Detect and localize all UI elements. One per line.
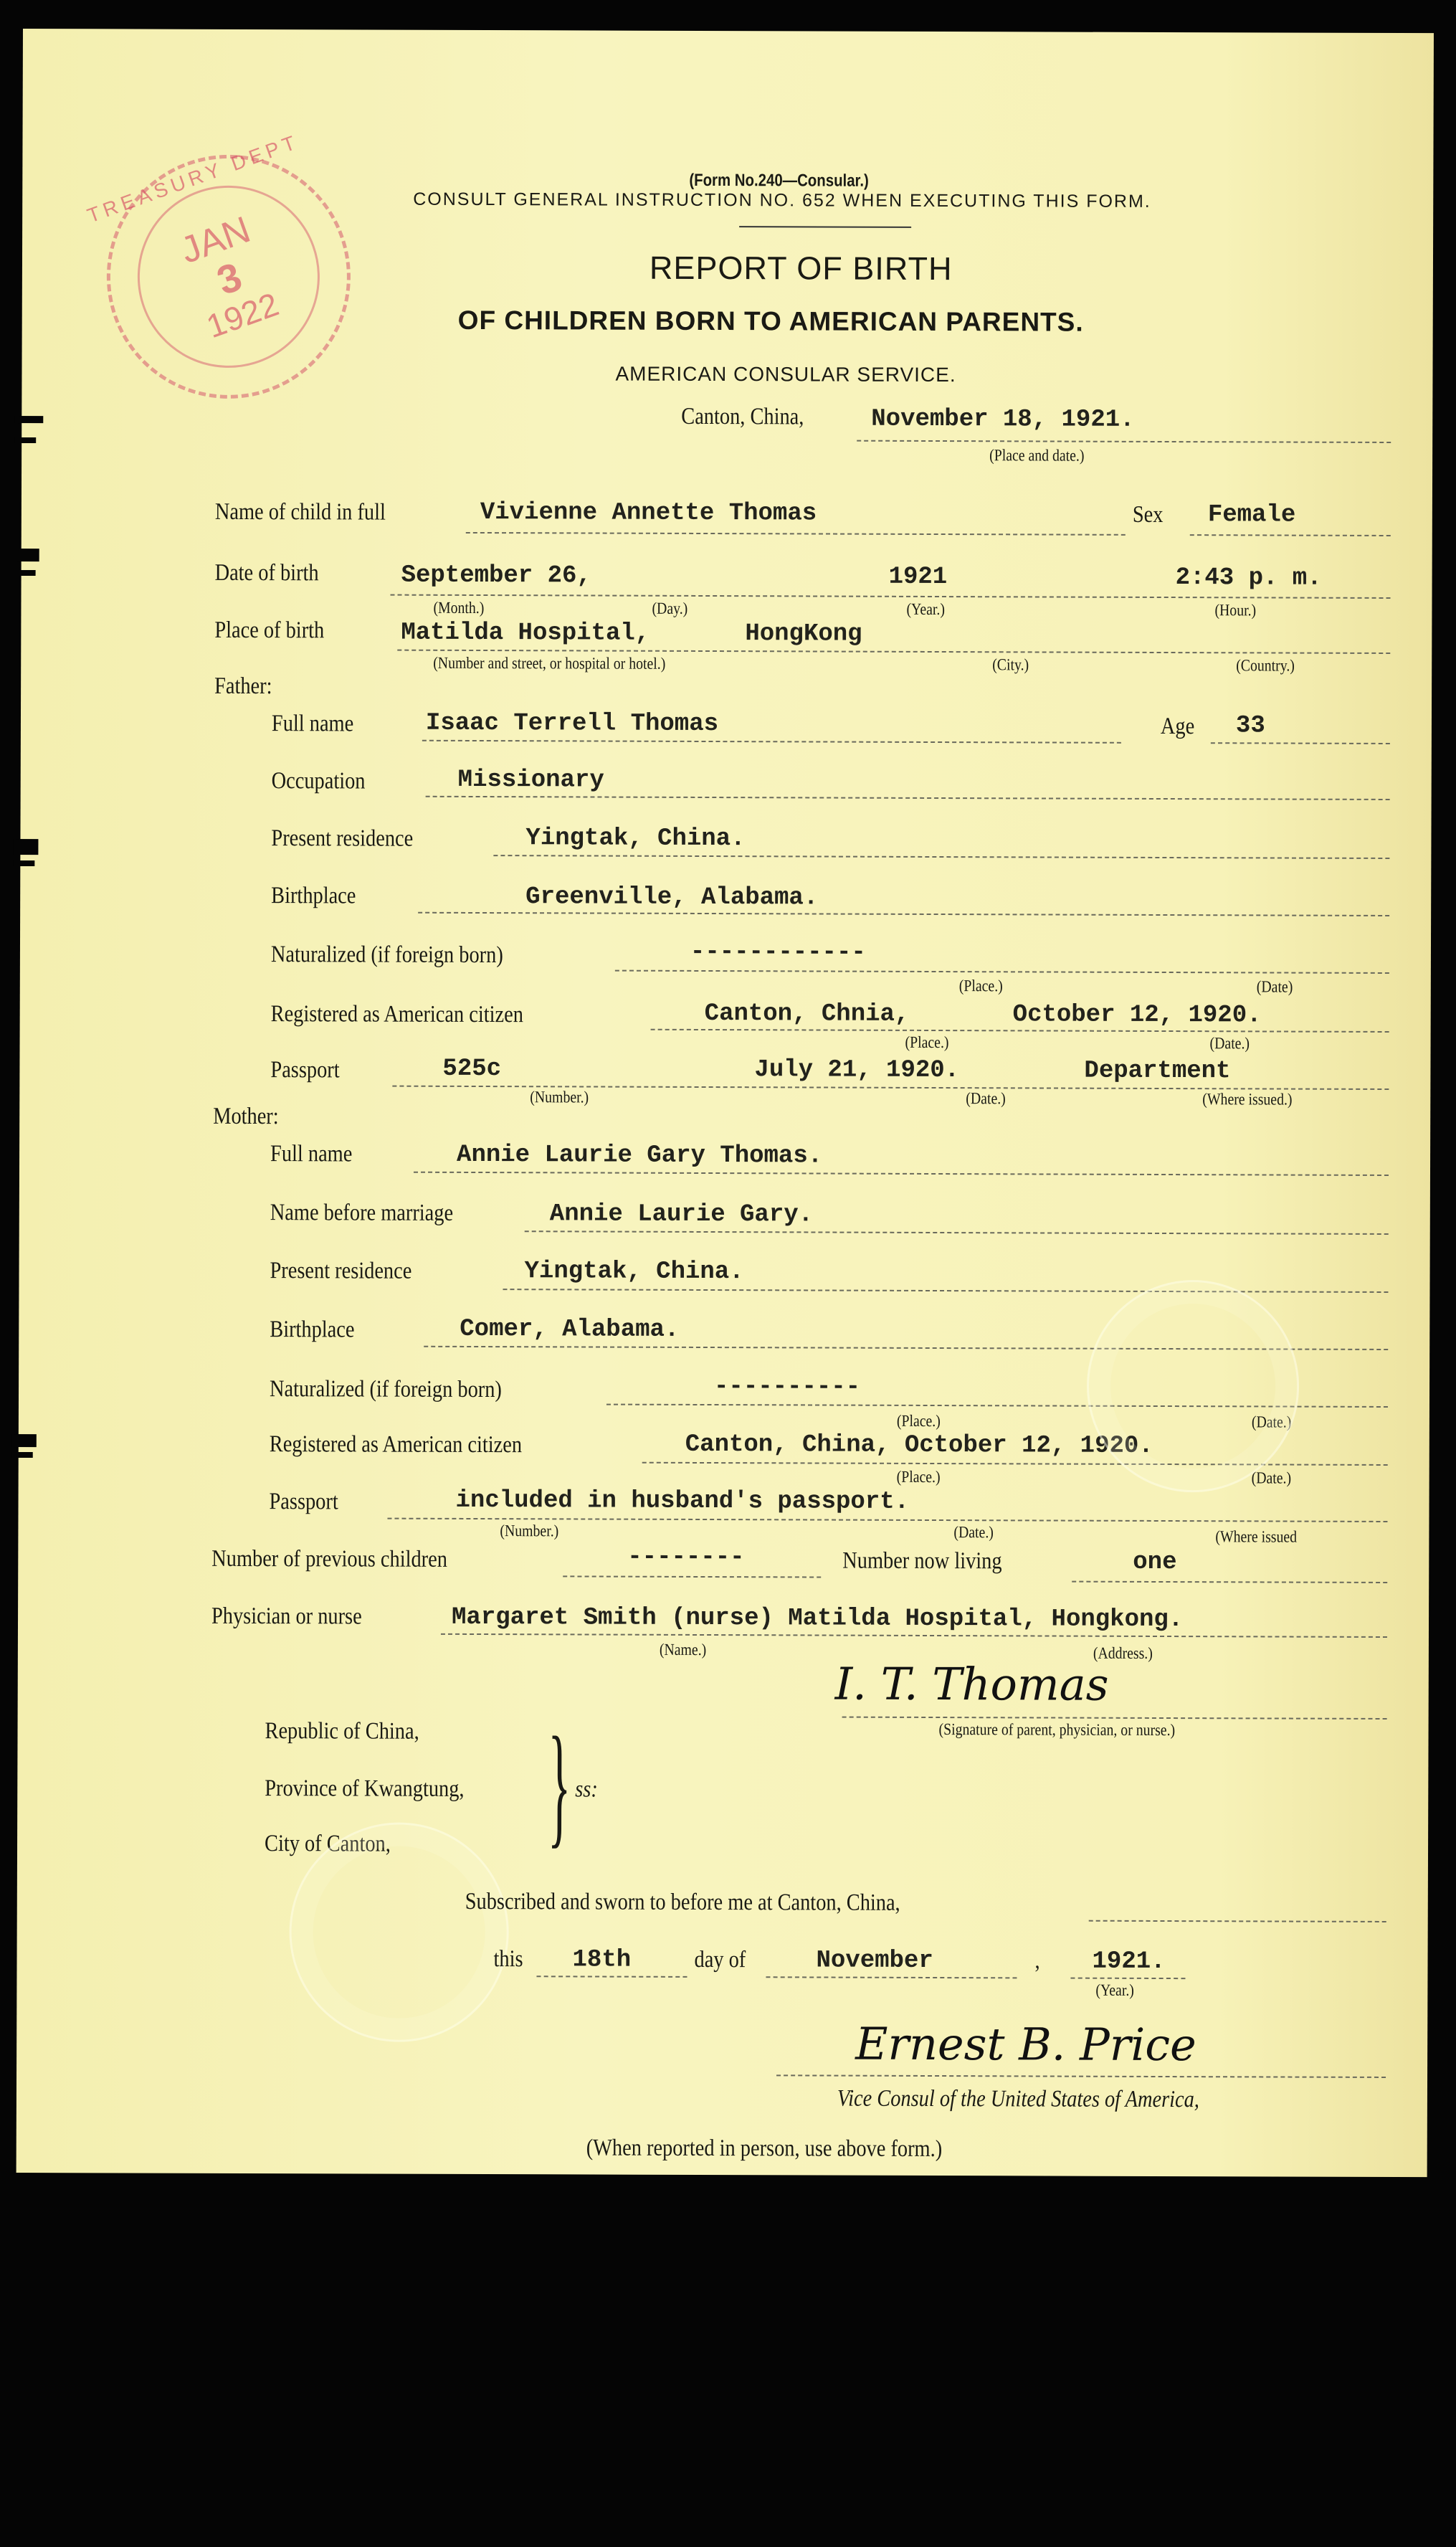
physician-caption-name: (Name.) (660, 1641, 706, 1659)
father-passport-number: 525c (442, 1056, 501, 1083)
place-date-caption: (Place and date.) (989, 446, 1084, 465)
mother-naturalized-caption-place: (Place.) (897, 1412, 941, 1431)
father-registered-line (651, 1029, 1389, 1033)
binding-tear (13, 839, 38, 855)
father-passport-label: Passport (270, 1057, 339, 1083)
mother-birthplace-value: Comer, Alabama. (460, 1316, 679, 1344)
page-title: REPORT OF BIRTH (650, 250, 953, 288)
previous-children-line (563, 1575, 821, 1578)
mother-maiden-label: Name before marriage (270, 1200, 453, 1227)
mother-name-value: Annie Laurie Gary Thomas. (457, 1142, 822, 1170)
venue-country: Republic of China, (265, 1718, 419, 1745)
dob-caption-year: (Year.) (906, 600, 945, 619)
child-name-label: Name of child in full (215, 499, 386, 526)
jurat-day-of-label: day of (694, 1947, 746, 1973)
father-residence-line (493, 855, 1389, 859)
father-occupation-line (426, 796, 1390, 800)
consul-title: Vice Consul of the United States of Amer… (837, 2086, 1199, 2114)
mother-name-line (414, 1172, 1389, 1176)
service-name: AMERICAN CONSULAR SERVICE. (615, 363, 956, 386)
father-registered-caption-date: (Date.) (1210, 1034, 1250, 1053)
father-passport-where: Department (1084, 1058, 1230, 1086)
father-passport-date: July 21, 1920. (754, 1056, 959, 1084)
father-age-value: 33 (1236, 712, 1265, 739)
venue-brace: } (548, 1717, 571, 1853)
father-birthplace-line (418, 912, 1389, 916)
father-name-line (422, 740, 1121, 744)
father-passport-caption-number: (Number.) (530, 1088, 589, 1106)
father-name-value: Isaac Terrell Thomas (426, 710, 718, 738)
pob-line (397, 650, 1390, 654)
mother-registered-label: Registered as American citizen (270, 1431, 522, 1459)
dob-caption-day: (Day.) (652, 599, 687, 618)
mother-maiden-line (525, 1230, 1389, 1235)
consul-signature: Ernest B. Price (855, 2018, 1196, 2071)
dob-month-day: September 26, (401, 562, 591, 590)
father-naturalized-value: ------------ (690, 939, 866, 967)
mother-name-label: Full name (270, 1141, 352, 1167)
father-residence-label: Present residence (271, 825, 413, 853)
father-naturalized-caption-place: (Place.) (959, 977, 1003, 995)
previous-children-label: Number of previous children (211, 1546, 447, 1573)
pob-caption-country: (Country.) (1236, 656, 1295, 675)
father-occupation-label: Occupation (272, 768, 366, 795)
mother-naturalized-label: Naturalized (if foreign born) (270, 1376, 502, 1403)
place-date-value: November 18, 1921. (871, 406, 1134, 434)
father-section-label: Father: (214, 673, 272, 700)
mother-registered-value: Canton, China, October 12, 1920. (685, 1431, 1153, 1460)
place-date-line (857, 440, 1391, 443)
physician-value: Margaret Smith (nurse) Matilda Hospital,… (452, 1604, 1183, 1633)
binding-tear (14, 549, 39, 561)
father-residence-value: Yingtak, China. (525, 825, 745, 853)
dob-label: Date of birth (215, 560, 319, 587)
pob-city: HongKong (745, 620, 862, 648)
jurat-month: November (816, 1947, 933, 1975)
jurat-this-label: this (493, 1946, 523, 1973)
mother-passport-caption-number: (Number.) (500, 1522, 558, 1540)
binding-tear (11, 1434, 37, 1447)
venue-province: Province of Kwangtung, (265, 1775, 464, 1803)
mother-passport-label: Passport (269, 1489, 338, 1515)
binding-tear (14, 437, 36, 443)
now-living-line (1072, 1581, 1387, 1583)
form-number: (Form No.240—Consular.) (689, 171, 869, 191)
physician-label: Physician or nurse (211, 1603, 362, 1631)
father-birthplace-value: Greenville, Alabama. (525, 883, 818, 911)
mother-maiden-value: Annie Laurie Gary. (550, 1200, 813, 1228)
mother-registered-caption-date: (Date.) (1252, 1469, 1292, 1487)
father-registered-caption-place: (Place.) (905, 1033, 949, 1052)
mother-residence-value: Yingtak, China. (524, 1258, 743, 1286)
father-registered-place: Canton, Chnia, (705, 1000, 910, 1028)
consul-signature-line (776, 2074, 1386, 2078)
father-naturalized-line (615, 970, 1389, 974)
mother-section-label: Mother: (213, 1104, 279, 1130)
sex-value: Female (1208, 501, 1296, 528)
jurat-month-line (766, 1976, 1017, 1978)
document-page: TREASURY DEPT JAN 3 1922 (Form No.240—Co… (16, 29, 1434, 2177)
jurat-comma: , (1034, 1948, 1039, 1974)
mother-passport-value: included in husband's passport. (455, 1487, 909, 1516)
dob-hour: 2:43 p. m. (1176, 564, 1322, 592)
mother-naturalized-value: ---------- (714, 1373, 860, 1401)
mother-registered-line (642, 1462, 1388, 1466)
jurat-year-line (1070, 1978, 1185, 1980)
jurat-year: 1921. (1092, 1948, 1165, 1976)
dob-caption-hour: (Hour.) (1214, 601, 1256, 620)
binding-tear (13, 860, 34, 866)
father-birthplace-label: Birthplace (271, 883, 356, 909)
jurat-line (1089, 1920, 1386, 1922)
pob-caption-street: (Number and street, or hospital or hotel… (433, 654, 665, 673)
father-age-label: Age (1161, 713, 1194, 740)
pob-caption-city: (City.) (992, 655, 1029, 674)
pob-place: Matilda Hospital, (401, 620, 650, 648)
jurat-text: Subscribed and sworn to before me at Can… (465, 1889, 900, 1917)
father-registered-label: Registered as American citizen (271, 1001, 523, 1028)
sex-line (1190, 534, 1391, 536)
parent-signature-caption: (Signature of parent, physician, or nurs… (939, 1720, 1176, 1740)
father-naturalized-caption-date: (Date) (1257, 977, 1293, 996)
mother-passport-caption-where: (Where issued (1215, 1527, 1297, 1546)
sex-label: Sex (1133, 502, 1164, 528)
physician-line (441, 1633, 1387, 1638)
parent-signature: I. T. Thomas (835, 1658, 1109, 1711)
header-divider (739, 226, 911, 228)
child-name-value: Vivienne Annette Thomas (480, 499, 817, 527)
dob-line (391, 594, 1391, 599)
mother-passport-caption-date: (Date.) (953, 1523, 994, 1542)
date-received-stamp: TREASURY DEPT JAN 3 1922 (72, 120, 384, 432)
father-naturalized-label: Naturalized (if foreign born) (271, 942, 503, 969)
father-age-line (1211, 742, 1390, 744)
mother-registered-caption-place: (Place.) (897, 1468, 941, 1486)
binding-tear (14, 570, 36, 576)
instruction-note: CONSULT GENERAL INSTRUCTION NO. 652 WHEN… (413, 189, 1151, 212)
stamp-year: 1922 (202, 286, 283, 343)
page-subtitle: OF CHILDREN BORN TO AMERICAN PARENTS. (458, 305, 1084, 338)
father-name-label: Full name (272, 711, 353, 737)
mother-birthplace-label: Birthplace (270, 1317, 354, 1343)
father-registered-date: October 12, 1920. (1013, 1001, 1262, 1029)
previous-children-value: -------- (627, 1544, 744, 1572)
father-passport-caption-date: (Date.) (966, 1089, 1006, 1108)
father-occupation-value: Missionary (458, 767, 604, 795)
mother-residence-label: Present residence (270, 1258, 412, 1285)
place-date-printed: Canton, China, (681, 404, 804, 431)
jurat-day: 18th (572, 1946, 631, 1973)
parent-signature-line (842, 1717, 1387, 1720)
jurat-year-caption: (Year.) (1095, 1981, 1134, 2000)
binding-tear (14, 416, 43, 423)
child-name-line (466, 532, 1126, 536)
now-living-value: one (1133, 1549, 1176, 1576)
jurat-day-line (536, 1976, 687, 1978)
binding-tear (11, 1452, 33, 1458)
footer-note: (When reported in person, use above form… (586, 2135, 943, 2163)
now-living-label: Number now living (842, 1548, 1001, 1575)
venue-ss: ss: (575, 1776, 598, 1803)
mother-residence-line (503, 1289, 1388, 1293)
embossed-consular-seal (289, 1822, 509, 2042)
pob-label: Place of birth (214, 617, 324, 644)
dob-year: 1921 (889, 564, 948, 591)
father-passport-caption-where: (Where issued.) (1202, 1090, 1292, 1109)
embossed-seal-faint (1087, 1280, 1300, 1493)
dob-caption-month: (Month.) (433, 599, 484, 617)
